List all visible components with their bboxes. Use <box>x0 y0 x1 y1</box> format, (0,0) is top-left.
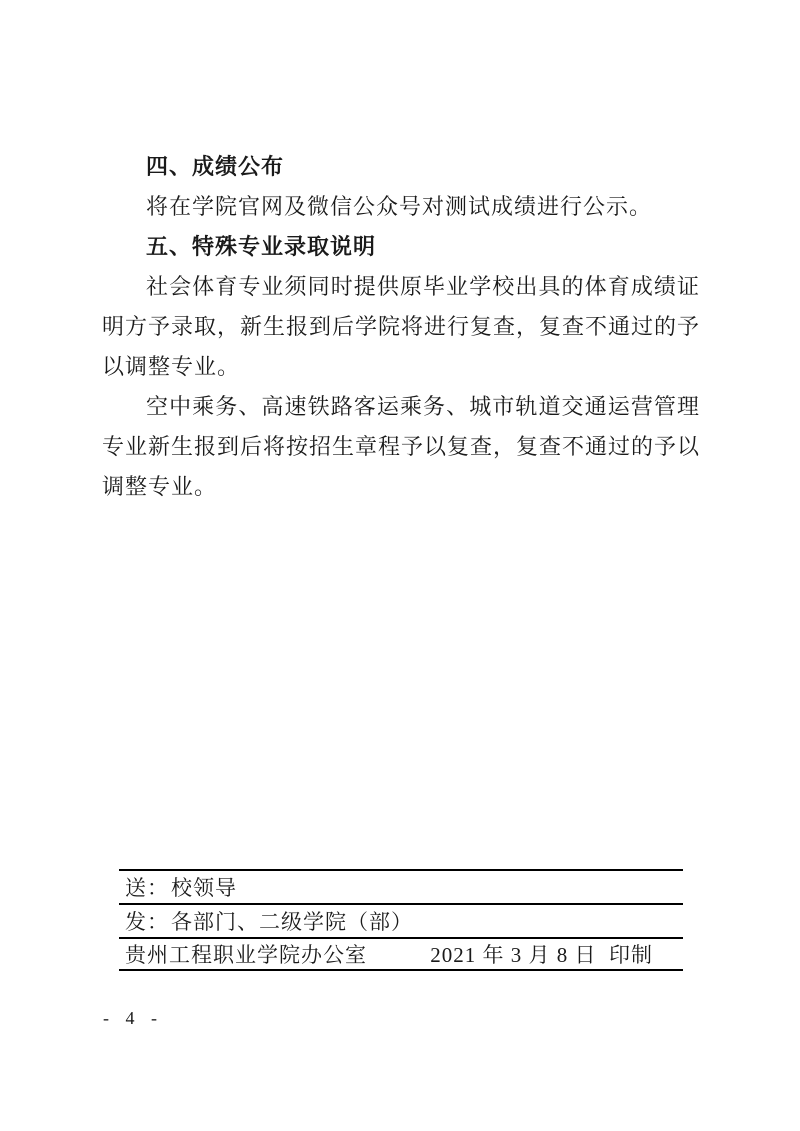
distribution-table: 送： 校领导 发： 各部门、二级学院（部） 贵州工程职业学院办公室 2021 年… <box>119 869 683 971</box>
page-number: - 4 - <box>103 1008 163 1029</box>
distribution-row-issue: 发： 各部门、二级学院（部） <box>119 905 683 939</box>
paragraph-social-sports: 社会体育专业须同时提供原毕业学校出具的体育成绩证明方予录取，新生报到后学院将进行… <box>102 267 700 387</box>
print-date: 2021 年 3 月 8 日 印制 <box>430 939 653 969</box>
issue-label: 发： <box>125 906 169 936</box>
distribution-row-printer: 贵州工程职业学院办公室 2021 年 3 月 8 日 印制 <box>119 939 683 971</box>
section-heading-score-publication: 四、成绩公布 <box>102 147 700 187</box>
distribution-row-send: 送： 校领导 <box>119 871 683 905</box>
send-value: 校领导 <box>171 872 237 902</box>
send-label: 送： <box>125 872 169 902</box>
issuer-office: 贵州工程职业学院办公室 <box>125 939 367 969</box>
section-heading-special-majors: 五、特殊专业录取说明 <box>102 227 700 267</box>
document-body: 四、成绩公布 将在学院官网及微信公众号对测试成绩进行公示。 五、特殊专业录取说明… <box>102 147 700 507</box>
paragraph-score-publication: 将在学院官网及微信公众号对测试成绩进行公示。 <box>102 187 700 227</box>
paragraph-cabin-crew: 空中乘务、高速铁路客运乘务、城市轨道交通运营管理专业新生报到后将按招生章程予以复… <box>102 387 700 507</box>
issue-value: 各部门、二级学院（部） <box>171 906 413 936</box>
document-page: 四、成绩公布 将在学院官网及微信公众号对测试成绩进行公示。 五、特殊专业录取说明… <box>0 0 800 1131</box>
